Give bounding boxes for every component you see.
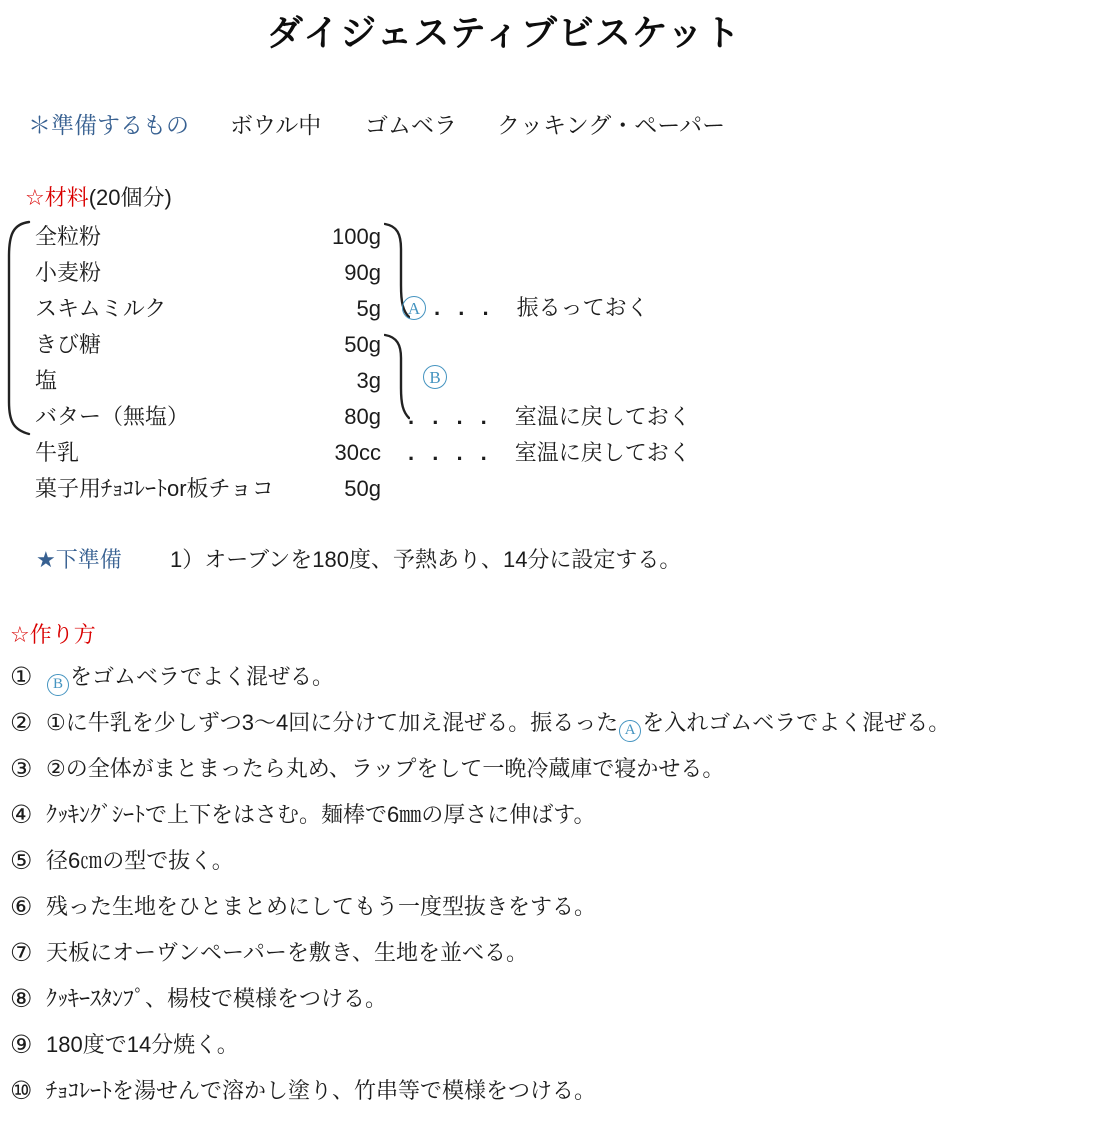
ingredient-name: 全粒粉 (35, 222, 101, 252)
ingredient-row: 菓子用ﾁｮｺﾚｰﾄor板チョコ 50g (35, 474, 381, 504)
recipe-page: ダイジェスティブビスケット ＊準備するもの ボウル中 ゴムベラ クッキング・ペー… (0, 0, 1102, 1142)
pre-bake-text: 1）オーブンを180度、予熱あり、14分に設定する。 (170, 545, 681, 575)
step-text: 残った生地をひとまとめにしてもう一度型抜きをする。 (46, 892, 596, 922)
ingredient-name: 塩 (35, 366, 57, 396)
ingredients-heading: ☆材料(20個分) (25, 183, 172, 213)
step-number: ⑩ (10, 1076, 46, 1106)
step-text: ①に牛乳を少しずつ3～4回に分けて加え混ぜる。振るったAを入れゴムベラでよく混ぜ… (46, 708, 950, 742)
step-number: ① (10, 662, 46, 692)
temp-note-row: . . . . 室温に戻しておく (400, 438, 691, 468)
ingredient-amount: 80g (344, 402, 381, 432)
step-row: ⑨ 180度で14分焼く。 (10, 1030, 239, 1060)
step-number: ③ (10, 754, 46, 784)
ingredient-row: 塩 3g (35, 366, 381, 396)
step-row: ⑥ 残った生地をひとまとめにしてもう一度型抜きをする。 (10, 892, 596, 922)
circled-b-badge: B (47, 674, 69, 696)
circled-a-badge: A (402, 296, 426, 320)
prep-label: ＊準備するもの (28, 110, 189, 140)
step-row: ③ ②の全体がまとまったら丸め、ラップをして一晩冷蔵庫で寝かせる。 (10, 754, 724, 784)
prep-item: クッキング・ペーパー (497, 110, 725, 140)
ingredient-name: 小麦粉 (35, 258, 101, 288)
ingredient-name: 牛乳 (35, 438, 79, 468)
ingredient-name: スキムミルク (35, 294, 166, 324)
step-number: ⑨ (10, 1030, 46, 1060)
step-text: ②の全体がまとまったら丸め、ラップをして一晩冷蔵庫で寝かせる。 (46, 754, 724, 784)
step-number: ⑥ (10, 892, 46, 922)
step-text: 天板にオーヴンペーパーを敷き、生地を並べる。 (46, 938, 528, 968)
step-row: ⑤ 径6㎝の型で抜く。 (10, 846, 234, 876)
prep-item: ボウル中 (230, 110, 321, 140)
circled-a-badge: A (619, 720, 641, 742)
group-a-note: 振るっておく (517, 293, 649, 323)
step-text: ﾁｮｺﾚｰﾄを湯せんで溶かし塗り、竹串等で模様をつける。 (46, 1076, 596, 1106)
pre-bake-label: ★下準備 (36, 545, 122, 575)
ingredient-amount: 90g (344, 258, 381, 288)
step-row: ② ①に牛乳を少しずつ3～4回に分けて加え混ぜる。振るったAを入れゴムベラでよく… (10, 708, 950, 742)
temp-note-row: . . . . 室温に戻しておく (400, 402, 691, 432)
ingredient-row: 全粒粉 100g (35, 222, 381, 252)
dots-leader: . . . . (408, 402, 493, 432)
step-text: ｸｯｷﾝｸﾞｼｰﾄで上下をはさむ。麺棒で6㎜の厚さに伸ばす。 (46, 800, 595, 830)
temp-note-text: 室温に戻しておく (515, 438, 691, 468)
step-text: ｸｯｷｰｽﾀﾝﾌﾟ、楊枝で模様をつける。 (46, 984, 387, 1014)
ingredient-name: きび糖 (35, 330, 101, 360)
step-number: ⑤ (10, 846, 46, 876)
step-row: ⑩ ﾁｮｺﾚｰﾄを湯せんで溶かし塗り、竹串等で模様をつける。 (10, 1076, 596, 1106)
dots-leader: . . . . (408, 438, 493, 468)
left-brace-icon (3, 220, 31, 436)
page-title: ダイジェスティブビスケット (0, 5, 1008, 56)
step-row: ④ ｸｯｷﾝｸﾞｼｰﾄで上下をはさむ。麺棒で6㎜の厚さに伸ばす。 (10, 800, 595, 830)
ingredients-heading-label: ☆材料 (25, 185, 89, 210)
group-a-annotation: A . . . 振るっておく (402, 293, 649, 323)
ingredient-amount: 100g (332, 222, 381, 252)
ingredient-name: 菓子用ﾁｮｺﾚｰﾄor板チョコ (35, 474, 274, 504)
step-row: ⑦ 天板にオーヴンペーパーを敷き、生地を並べる。 (10, 938, 528, 968)
ingredient-row: スキムミルク 5g (35, 294, 381, 324)
step-text: Bをゴムベラでよく混ぜる。 (46, 662, 334, 696)
directions-heading: ☆作り方 (10, 620, 96, 650)
step-text: 180度で14分焼く。 (46, 1030, 239, 1060)
ingredient-row: 牛乳 30cc (35, 438, 381, 468)
group-b-annotation: B (423, 365, 447, 389)
ingredient-amount: 50g (344, 330, 381, 360)
step-number: ④ (10, 800, 46, 830)
ingredient-name: バター（無塩） (35, 402, 189, 432)
ingredient-amount: 50g (344, 474, 381, 504)
ingredient-amount: 30cc (335, 438, 381, 468)
ingredient-row: きび糖 50g (35, 330, 381, 360)
dots-leader: . . . (434, 293, 495, 323)
step-number: ② (10, 708, 46, 738)
ingredient-row: 小麦粉 90g (35, 258, 381, 288)
step-text: 径6㎝の型で抜く。 (46, 846, 234, 876)
ingredient-amount: 5g (357, 294, 381, 324)
servings-label: (20個分) (89, 185, 172, 210)
step-row: ① Bをゴムベラでよく混ぜる。 (10, 662, 334, 696)
ingredient-row: バター（無塩） 80g (35, 402, 381, 432)
step-number: ⑧ (10, 984, 46, 1014)
circled-b-badge: B (423, 365, 447, 389)
step-row: ⑧ ｸｯｷｰｽﾀﾝﾌﾟ、楊枝で模様をつける。 (10, 984, 387, 1014)
ingredient-amount: 3g (357, 366, 381, 396)
step-number: ⑦ (10, 938, 46, 968)
prep-item: ゴムベラ (365, 110, 457, 140)
temp-note-text: 室温に戻しておく (515, 402, 691, 432)
